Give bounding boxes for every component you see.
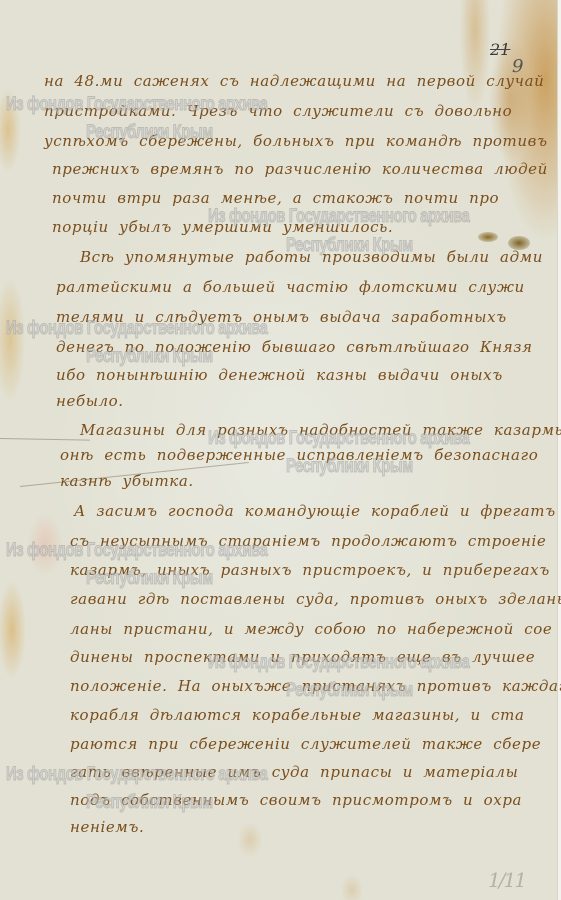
text-line: гавани гдѣ поставлены суда, противъ оных…: [70, 590, 561, 608]
watermark-archive: Из фондов Государственного архива: [6, 540, 267, 562]
text-line: неніемъ.: [70, 818, 144, 836]
watermark-archive: Из фондов Государственного архива: [6, 764, 267, 786]
watermark-archive: Из фондов Государственного архива: [208, 652, 469, 674]
text-line: казнѣ убытка.: [60, 472, 194, 490]
text-line: ралтейскими а большей частію флотскими с…: [56, 278, 525, 296]
text-line: прежнихъ времянъ по разчисленію количест…: [52, 160, 548, 178]
text-line: А засимъ господа командующіе кораблей и …: [74, 502, 556, 520]
watermark-republic: Республики Крым: [86, 346, 213, 368]
watermark-republic: Республики Крым: [286, 680, 413, 702]
text-line: небыло.: [56, 392, 124, 410]
text-line: корабля дѣлаются корабельные магазины, и…: [70, 706, 525, 724]
text-line: ибо понынѣшнію денежной казны выдачи оны…: [56, 366, 503, 384]
watermark-republic: Республики Крым: [286, 235, 413, 257]
text-line: почти втри раза менѣе, а стакожъ почти п…: [52, 189, 499, 207]
watermark-republic: Республики Крым: [86, 792, 213, 814]
text-line: на 48.ми саженях съ надлежащими на перво…: [44, 72, 544, 90]
watermark-republic: Республики Крым: [86, 568, 213, 590]
watermark-archive: Из фондов Государственного архива: [208, 428, 469, 450]
watermark-archive: Из фондов Государственного архива: [6, 94, 267, 116]
watermark-archive: Из фондов Государственного архива: [208, 206, 469, 228]
text-line: ланы пристани, и между собою по набережн…: [70, 620, 552, 638]
text-line: раются при сбереженіи служителей также с…: [70, 735, 541, 753]
watermark-republic: Республики Крым: [86, 122, 213, 144]
watermark-republic: Республики Крым: [286, 456, 413, 478]
watermark-archive: Из фондов Государственного архива: [6, 318, 267, 340]
manuscript-page: 21 9 1/11 на 48.ми саженях съ надлежащим…: [0, 0, 558, 900]
